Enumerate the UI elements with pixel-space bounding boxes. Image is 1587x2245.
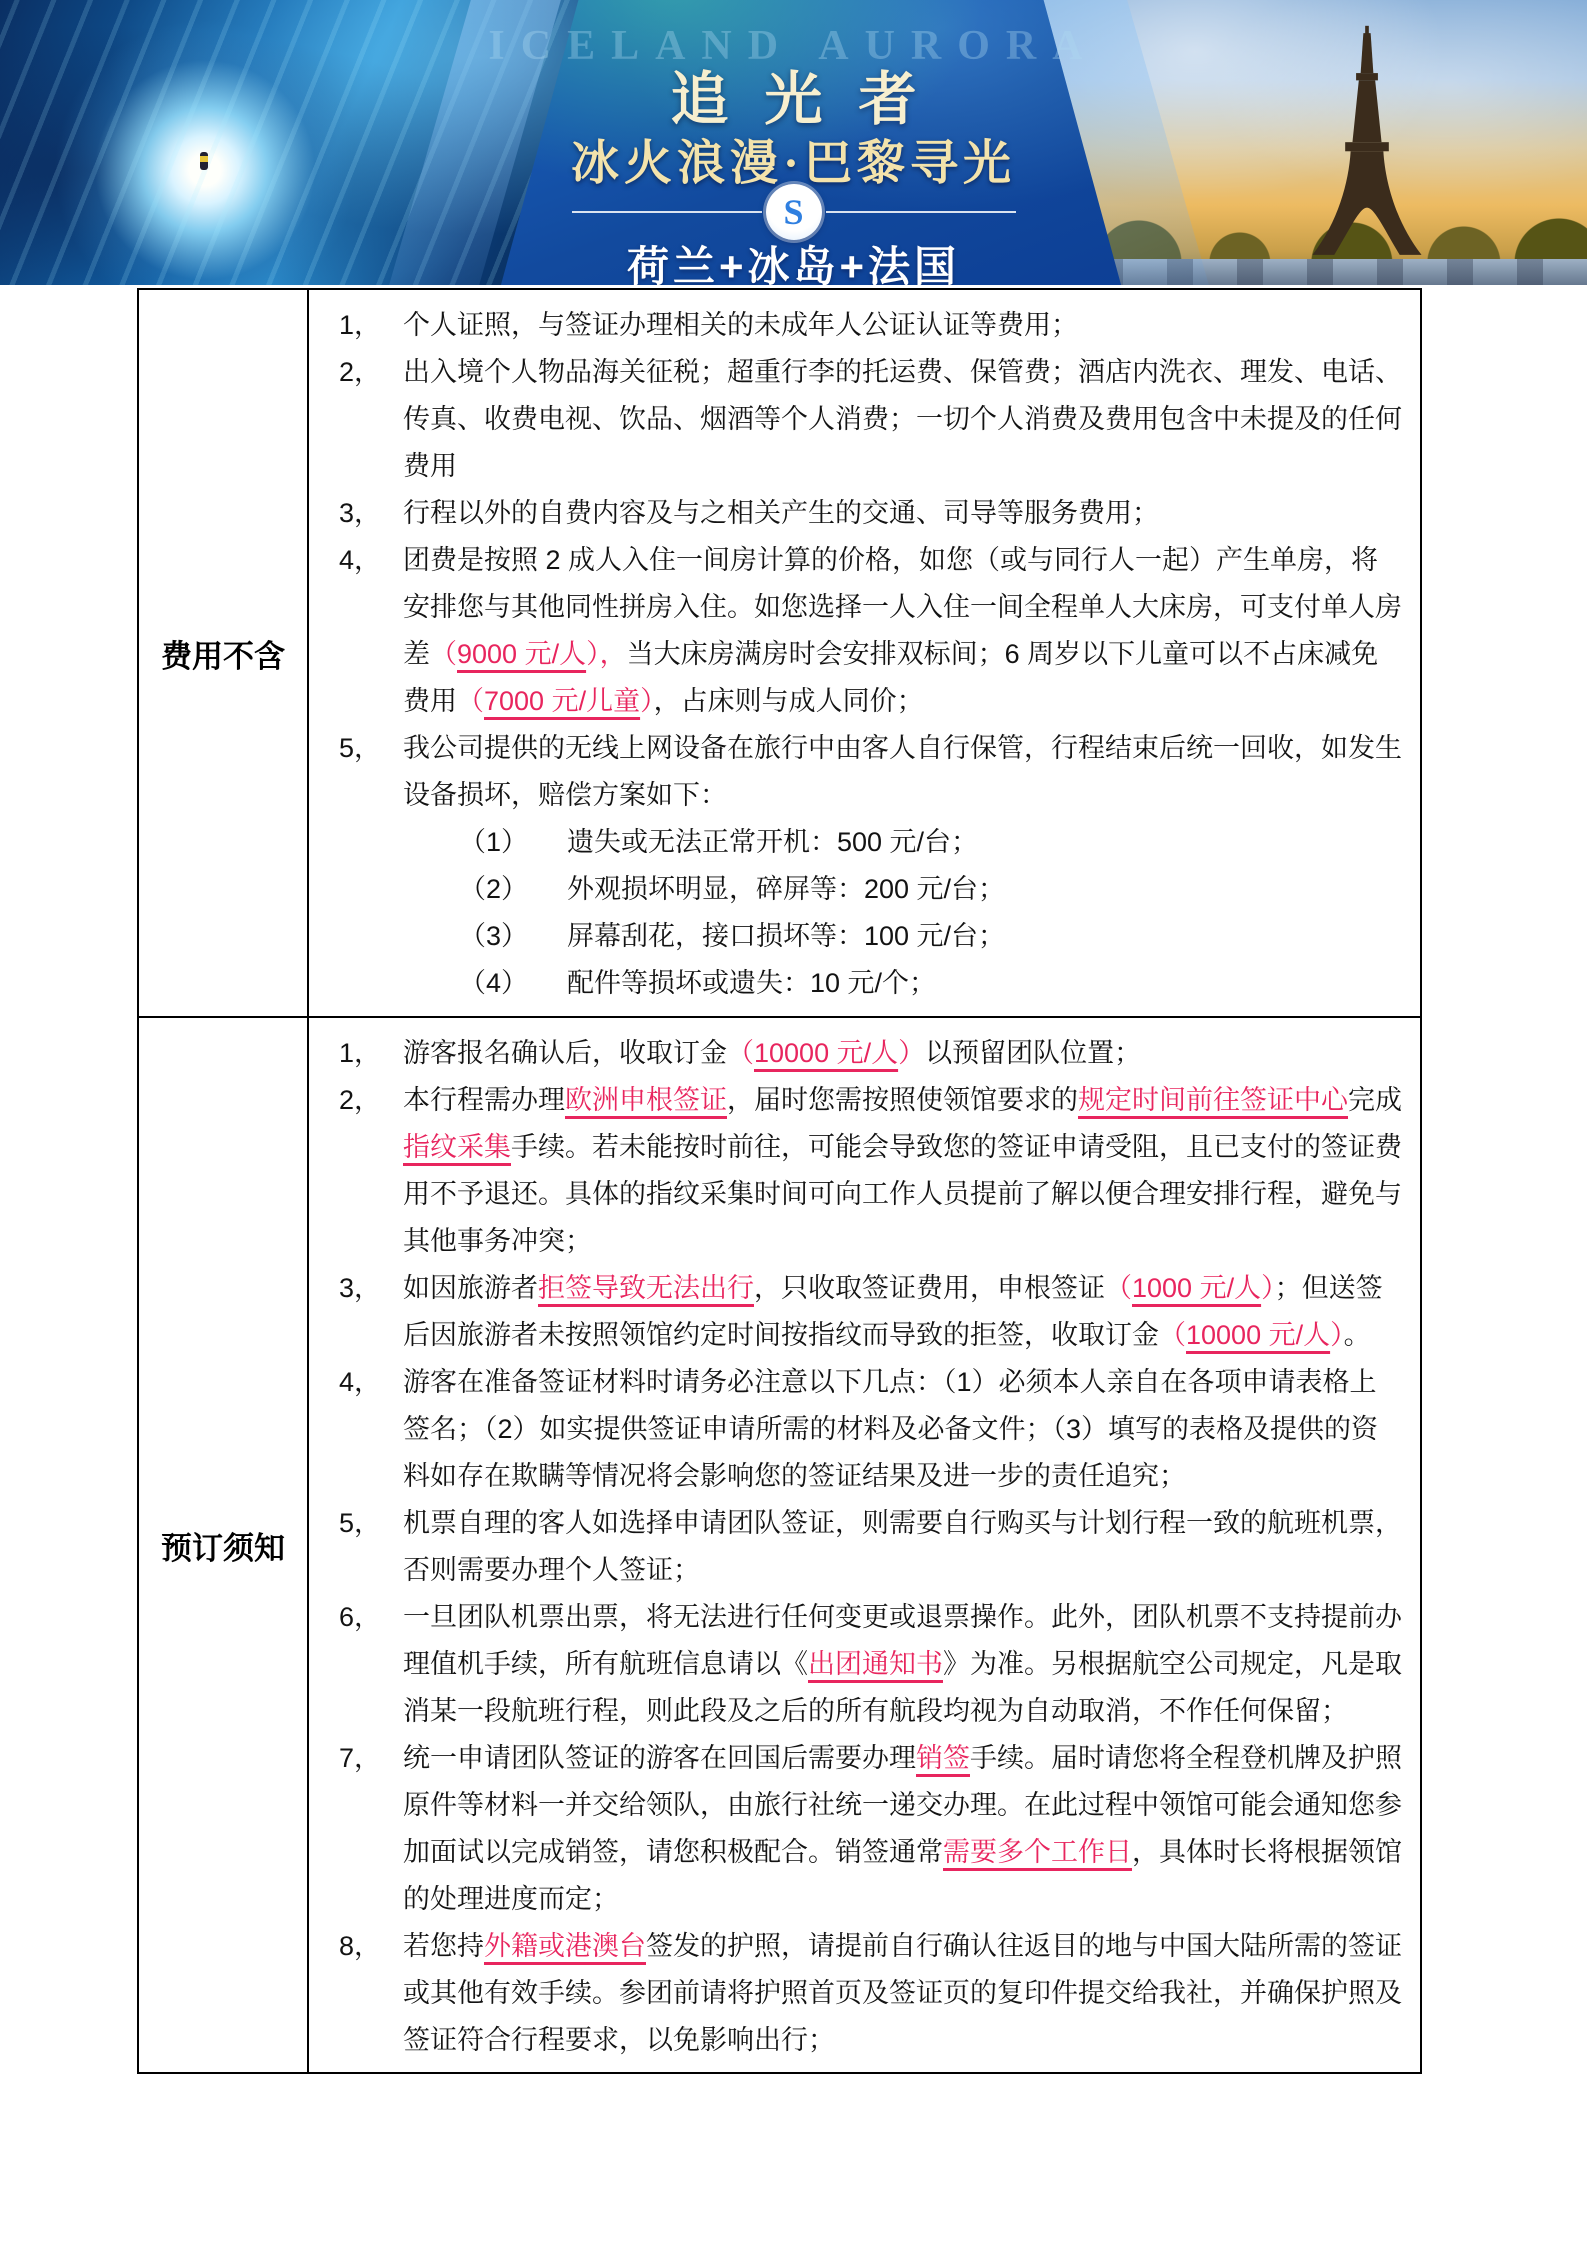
list-item: 5，机票自理的客人如选择申请团队签证，则需要自行购买与计划行程一致的航班机票，否… (339, 1500, 1402, 1594)
item-number: 5， (339, 725, 403, 772)
subitem-text: 屏幕刮花，接口损坏等：100 元/台； (567, 921, 1005, 951)
banner-badge: 荷兰+冰岛+法国 (0, 234, 1587, 285)
list-item: 3，如因旅游者拒签导致无法出行，只收取签证费用，申根签证（1000 元/人）；但… (339, 1265, 1402, 1359)
subitem-number: （1） (459, 819, 567, 866)
item-text: 如因旅游者拒签导致无法出行，只收取签证费用，申根签证（1000 元/人）；但送签… (403, 1273, 1383, 1350)
list-item: 2，本行程需办理欧洲申根签证，届时您需按照使领馆要求的规定时间前往签证中心完成指… (339, 1077, 1402, 1265)
list-item: 6，一旦团队机票出票，将无法进行任何变更或退票操作。此外，团队机票不支持提前办理… (339, 1594, 1402, 1735)
table-row-booking-notes: 预订须知 1，游客报名确认后，收取订金（10000 元/人）以预留团队位置； 2… (139, 1016, 1420, 2072)
item-text: 我公司提供的无线上网设备在旅行中由客人自行保管，行程结束后统一回收，如发生设备损… (403, 733, 1402, 810)
list-item: 7，统一申请团队签证的游客在回国后需要办理销签手续。届时请您将全程登机牌及护照原… (339, 1735, 1402, 1923)
row-label: 费用不含 (139, 290, 309, 1016)
subitem-number: （2） (459, 866, 567, 913)
banner-subtitle: 冰火浪漫·巴黎寻光 (0, 124, 1587, 193)
list-subitem: （1）遗失或无法正常开机：500 元/台； (403, 819, 1402, 866)
row-label: 预订须知 (139, 1018, 309, 2072)
item-number: 4， (339, 537, 403, 584)
item-number: 1， (339, 302, 403, 349)
list-item: 5，我公司提供的无线上网设备在旅行中由客人自行保管，行程结束后统一回收，如发生设… (339, 725, 1402, 1007)
subitem-number: （4） (459, 960, 567, 1007)
subitem-text: 外观损坏明显，碎屏等：200 元/台； (567, 874, 1005, 904)
item-text: 个人证照，与签证办理相关的未成年人公证认证等费用； (403, 310, 1078, 340)
item-text: 一旦团队机票出票，将无法进行任何变更或退票操作。此外，团队机票不支持提前办理值机… (403, 1602, 1402, 1726)
item-number: 2， (339, 349, 403, 396)
item-number: 4， (339, 1359, 403, 1406)
item-text: 若您持外籍或港澳台签发的护照，请提前自行确认往返目的地与中国大陆所需的签证或其他… (403, 1931, 1402, 2055)
list-item: 4，游客在准备签证材料时请务必注意以下几点：（1）必须本人亲自在各项申请表格上签… (339, 1359, 1402, 1500)
list-item: 1，个人证照，与签证办理相关的未成年人公证认证等费用； (339, 302, 1402, 349)
subitem-text: 配件等损坏或遗失：10 元/个； (567, 968, 936, 998)
logo-row: S (0, 184, 1587, 240)
item-number: 6， (339, 1594, 403, 1641)
brand-logo: S (766, 184, 822, 240)
brand-logo-letter: S (783, 191, 803, 233)
row-content: 1，个人证照，与签证办理相关的未成年人公证认证等费用； 2，出入境个人物品海关征… (309, 290, 1420, 1016)
item-number: 5， (339, 1500, 403, 1547)
item-text: 行程以外的自费内容及与之相关产生的交通、司导等服务费用； (403, 498, 1159, 528)
list-item: 2，出入境个人物品海关征税；超重行李的托运费、保管费；酒店内洗衣、理发、电话、传… (339, 349, 1402, 490)
item-text: 游客在准备签证材料时请务必注意以下几点：（1）必须本人亲自在各项申请表格上签名；… (403, 1367, 1378, 1491)
list-item: 1，游客报名确认后，收取订金（10000 元/人）以预留团队位置； (339, 1030, 1402, 1077)
banner: ICELAND AURORA 追光者 冰火浪漫·巴黎寻光 S 荷兰+冰岛+法国 (0, 0, 1587, 285)
logo-divider-line-right (826, 211, 1016, 213)
item-text: 游客报名确认后，收取订金（10000 元/人）以预留团队位置； (403, 1038, 1141, 1068)
list-subitem: （3）屏幕刮花，接口损坏等：100 元/台； (403, 913, 1402, 960)
item-number: 8， (339, 1923, 403, 1970)
list-item: 3，行程以外的自费内容及与之相关产生的交通、司导等服务费用； (339, 490, 1402, 537)
item-text: 机票自理的客人如选择申请团队签证，则需要自行购买与计划行程一致的航班机票，否则需… (403, 1508, 1402, 1585)
table-row-fees-excluded: 费用不含 1，个人证照，与签证办理相关的未成年人公证认证等费用； 2，出入境个人… (139, 290, 1420, 1016)
item-number: 2， (339, 1077, 403, 1124)
list-subitem: （4）配件等损坏或遗失：10 元/个； (403, 960, 1402, 1007)
row-content: 1，游客报名确认后，收取订金（10000 元/人）以预留团队位置； 2，本行程需… (309, 1018, 1420, 2072)
item-text: 出入境个人物品海关征税；超重行李的托运费、保管费；酒店内洗衣、理发、电话、传真、… (403, 357, 1402, 481)
list-item: 8，若您持外籍或港澳台签发的护照，请提前自行确认往返目的地与中国大陆所需的签证或… (339, 1923, 1402, 2064)
item-text: 本行程需办理欧洲申根签证，届时您需按照使领馆要求的规定时间前往签证中心完成指纹采… (403, 1085, 1402, 1256)
item-number: 1， (339, 1030, 403, 1077)
item-number: 3， (339, 1265, 403, 1312)
item-number: 7， (339, 1735, 403, 1782)
subitem-text: 遗失或无法正常开机：500 元/台； (567, 827, 978, 857)
item-number: 3， (339, 490, 403, 537)
list-item: 4，团费是按照 2 成人入住一间房计算的价格，如您（或与同行人一起）产生单房，将… (339, 537, 1402, 725)
list-subitem: （2）外观损坏明显，碎屏等：200 元/台； (403, 866, 1402, 913)
item-text: 团费是按照 2 成人入住一间房计算的价格，如您（或与同行人一起）产生单房，将安排… (403, 545, 1402, 716)
logo-divider-line-left (572, 211, 762, 213)
item-text: 统一申请团队签证的游客在回国后需要办理销签手续。届时请您将全程登机牌及护照原件等… (403, 1743, 1402, 1914)
info-table: 费用不含 1，个人证照，与签证办理相关的未成年人公证认证等费用； 2，出入境个人… (137, 288, 1422, 2074)
subitem-number: （3） (459, 913, 567, 960)
